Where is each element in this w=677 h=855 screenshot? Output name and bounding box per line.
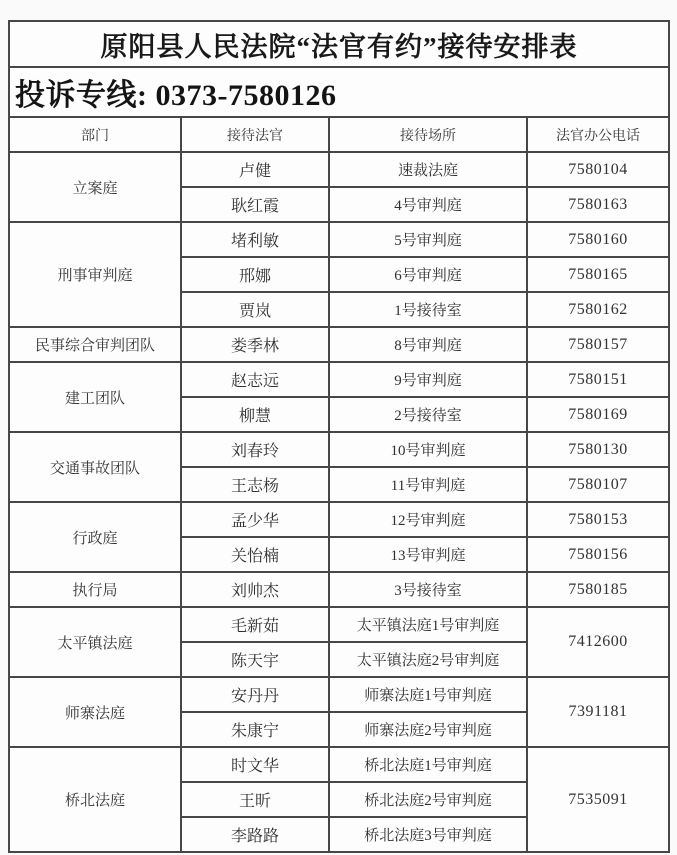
place-cell: 太平镇法庭2号审判庭 [329, 642, 527, 677]
table-row: 行政庭 孟少华 12号审判庭 7580153 [9, 502, 669, 537]
judge-cell: 李路路 [181, 817, 329, 852]
phone-cell: 7412600 [527, 607, 669, 677]
judge-cell: 耿红霞 [181, 187, 329, 222]
table-row: 执行局 刘帅杰 3号接待室 7580185 [9, 572, 669, 607]
department-cell: 太平镇法庭 [9, 607, 181, 677]
place-cell: 11号审判庭 [329, 467, 527, 502]
place-cell: 师寨法庭2号审判庭 [329, 712, 527, 747]
reception-schedule-table: 原阳县人民法院“法官有约”接待安排表 投诉专线: 0373-7580126 部门… [8, 20, 670, 853]
column-header-department: 部门 [9, 117, 181, 152]
table-row: 师寨法庭 安丹丹 师寨法庭1号审判庭 7391181 [9, 677, 669, 712]
place-cell: 3号接待室 [329, 572, 527, 607]
table-row: 建工团队 赵志远 9号审判庭 7580151 [9, 362, 669, 397]
phone-cell: 7580130 [527, 432, 669, 467]
title-row: 原阳县人民法院“法官有约”接待安排表 [9, 21, 669, 67]
table-row: 立案庭 卢健 速裁法庭 7580104 [9, 152, 669, 187]
document-sheet: 原阳县人民法院“法官有约”接待安排表 投诉专线: 0373-7580126 部门… [0, 0, 677, 853]
phone-cell: 7580153 [527, 502, 669, 537]
phone-cell: 7580104 [527, 152, 669, 187]
department-cell: 民事综合审判团队 [9, 327, 181, 362]
judge-cell: 刘帅杰 [181, 572, 329, 607]
table-row: 民事综合审判团队 娄季林 8号审判庭 7580157 [9, 327, 669, 362]
judge-cell: 关怡楠 [181, 537, 329, 572]
judge-cell: 时文华 [181, 747, 329, 782]
judge-cell: 毛新茹 [181, 607, 329, 642]
phone-cell: 7391181 [527, 677, 669, 747]
judge-cell: 邢娜 [181, 257, 329, 292]
place-cell: 9号审判庭 [329, 362, 527, 397]
place-cell: 10号审判庭 [329, 432, 527, 467]
phone-cell: 7580162 [527, 292, 669, 327]
place-cell: 师寨法庭1号审判庭 [329, 677, 527, 712]
place-cell: 13号审判庭 [329, 537, 527, 572]
complaint-hotline: 投诉专线: 0373-7580126 [9, 67, 669, 117]
phone-cell: 7580151 [527, 362, 669, 397]
department-cell: 建工团队 [9, 362, 181, 432]
department-cell: 执行局 [9, 572, 181, 607]
place-cell: 桥北法庭2号审判庭 [329, 782, 527, 817]
phone-cell: 7580107 [527, 467, 669, 502]
department-cell: 立案庭 [9, 152, 181, 222]
place-cell: 6号审判庭 [329, 257, 527, 292]
department-cell: 刑事审判庭 [9, 222, 181, 327]
phone-cell: 7580157 [527, 327, 669, 362]
department-cell: 交通事故团队 [9, 432, 181, 502]
phone-cell: 7580156 [527, 537, 669, 572]
place-cell: 太平镇法庭1号审判庭 [329, 607, 527, 642]
judge-cell: 王志杨 [181, 467, 329, 502]
phone-cell: 7580160 [527, 222, 669, 257]
judge-cell: 娄季林 [181, 327, 329, 362]
place-cell: 4号审判庭 [329, 187, 527, 222]
place-cell: 5号审判庭 [329, 222, 527, 257]
header-row: 部门 接待法官 接待场所 法官办公电话 [9, 117, 669, 152]
column-header-phone: 法官办公电话 [527, 117, 669, 152]
judge-cell: 柳慧 [181, 397, 329, 432]
place-cell: 桥北法庭1号审判庭 [329, 747, 527, 782]
place-cell: 1号接待室 [329, 292, 527, 327]
place-cell: 12号审判庭 [329, 502, 527, 537]
department-cell: 行政庭 [9, 502, 181, 572]
judge-cell: 安丹丹 [181, 677, 329, 712]
phone-cell: 7580165 [527, 257, 669, 292]
judge-cell: 陈天宇 [181, 642, 329, 677]
column-header-judge: 接待法官 [181, 117, 329, 152]
judge-cell: 贾岚 [181, 292, 329, 327]
department-cell: 桥北法庭 [9, 747, 181, 852]
judge-cell: 王昕 [181, 782, 329, 817]
judge-cell: 赵志远 [181, 362, 329, 397]
page-title: 原阳县人民法院“法官有约”接待安排表 [9, 21, 669, 67]
column-header-place: 接待场所 [329, 117, 527, 152]
phone-cell: 7580163 [527, 187, 669, 222]
table-row: 刑事审判庭 堵利敏 5号审判庭 7580160 [9, 222, 669, 257]
table-row: 交通事故团队 刘春玲 10号审判庭 7580130 [9, 432, 669, 467]
place-cell: 2号接待室 [329, 397, 527, 432]
place-cell: 桥北法庭3号审判庭 [329, 817, 527, 852]
judge-cell: 朱康宁 [181, 712, 329, 747]
judge-cell: 卢健 [181, 152, 329, 187]
phone-cell: 7580185 [527, 572, 669, 607]
judge-cell: 孟少华 [181, 502, 329, 537]
table-row: 桥北法庭 时文华 桥北法庭1号审判庭 7535091 [9, 747, 669, 782]
place-cell: 8号审判庭 [329, 327, 527, 362]
table-row: 太平镇法庭 毛新茹 太平镇法庭1号审判庭 7412600 [9, 607, 669, 642]
judge-cell: 堵利敏 [181, 222, 329, 257]
phone-cell: 7535091 [527, 747, 669, 852]
hotline-row: 投诉专线: 0373-7580126 [9, 67, 669, 117]
judge-cell: 刘春玲 [181, 432, 329, 467]
phone-cell: 7580169 [527, 397, 669, 432]
place-cell: 速裁法庭 [329, 152, 527, 187]
department-cell: 师寨法庭 [9, 677, 181, 747]
